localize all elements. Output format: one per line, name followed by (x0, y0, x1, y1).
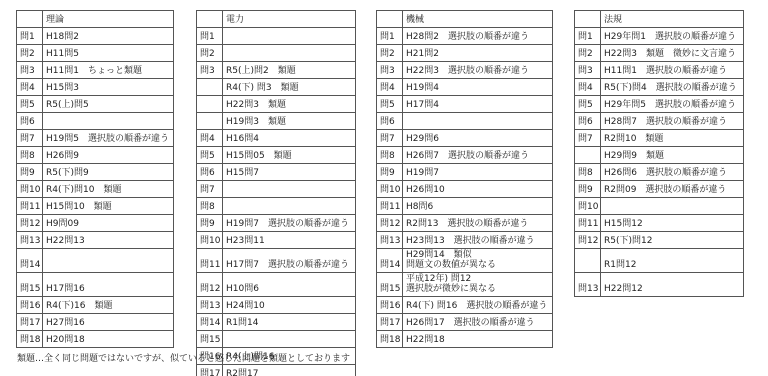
subject-header: 法規 (601, 11, 744, 28)
table-row: 問9H19問7 (377, 164, 553, 181)
question-number-cell: 問13 (17, 232, 43, 249)
question-number-cell: 問10 (575, 198, 601, 215)
past-question-cell: H19問7 選択肢の順番が違う (223, 215, 356, 232)
past-question-cell: R1問12 (601, 249, 744, 273)
question-number-cell: 問4 (197, 130, 223, 147)
table-row: 問11H15問10 類題 (17, 198, 174, 215)
question-number-cell (197, 96, 223, 113)
past-question-cell: R5(下)問12 (601, 232, 744, 249)
table-row: 問2 (197, 45, 356, 62)
table-row: 問7R2問10 類題 (575, 130, 744, 147)
question-number-cell: 問7 (575, 130, 601, 147)
question-number-cell: 問7 (377, 130, 403, 147)
table-row: 問1H28問2 選択肢の順番が違う (377, 28, 553, 45)
table-row: 問15平成12年) 問12選択肢が微妙に異なる (377, 273, 553, 297)
question-number-cell: 問5 (197, 147, 223, 164)
past-question-cell: H29問6 (403, 130, 553, 147)
table-row: 問13H24問10 (197, 297, 356, 314)
question-number-cell: 問8 (377, 147, 403, 164)
past-question-cell (223, 28, 356, 45)
past-question-cell (403, 113, 553, 130)
past-question-cell: H23問11 (223, 232, 356, 249)
question-number-cell: 問12 (575, 232, 601, 249)
question-number-cell (197, 113, 223, 130)
past-question-cell: R5(上)問2 類題 (223, 62, 356, 79)
table-row: 問1 (197, 28, 356, 45)
past-question-cell: H28問7 選択肢の順番が違う (601, 113, 744, 130)
question-number-cell: 問18 (377, 331, 403, 348)
question-number-cell: 問11 (575, 215, 601, 232)
question-number-cell: 問3 (377, 62, 403, 79)
past-question-cell: R2問10 類題 (601, 130, 744, 147)
question-number-cell: 問10 (197, 232, 223, 249)
past-question-cell: R4(下) 問16 選択肢の順番が違う (403, 297, 553, 314)
table-hoki: 法規問1H29年問1 選択肢の順番が違う問2H22問3 類題 微妙に文言違う問3… (574, 10, 744, 297)
header-blank-cell (197, 11, 223, 28)
past-question-cell (43, 249, 174, 273)
table-riron: 理論問1H18問2問2H11問5問3H11問1 ちょっと類題問4H15問3問5R… (16, 10, 174, 348)
question-number-cell: 問3 (575, 62, 601, 79)
question-number-cell: 問16 (17, 297, 43, 314)
table-row: 問3H22問3 選択肢の順番が違う (377, 62, 553, 79)
past-question-cell (223, 198, 356, 215)
question-number-cell: 問17 (377, 314, 403, 331)
question-number-cell: 問1 (377, 28, 403, 45)
table-row: 問6H15問7 (197, 164, 356, 181)
question-number-cell: 問5 (575, 96, 601, 113)
table-row: 問11H17問7 選択肢の順番が違う (197, 249, 356, 273)
past-question-cell: H21問2 (403, 45, 553, 62)
question-number-cell: 問14 (17, 249, 43, 273)
question-number-cell: 問5 (17, 96, 43, 113)
past-question-cell: R4(下)問10 類題 (43, 181, 174, 198)
table-row: H29問9 類題 (575, 147, 744, 164)
past-question-cell: H17問16 (43, 273, 174, 297)
table-row: 問13H22問13 (17, 232, 174, 249)
past-question-cell (223, 45, 356, 62)
question-number-cell: 問14 (377, 249, 403, 273)
past-question-cell: H22問13 (43, 232, 174, 249)
question-number-cell: 問4 (377, 79, 403, 96)
table-row: 問14H29問14 類似問題文の数値が異なる (377, 249, 553, 273)
table-header-row: 理論 (17, 11, 174, 28)
table-row: R1問12 (575, 249, 744, 273)
table-row: 問6 (377, 113, 553, 130)
past-question-cell: H26問6 選択肢の順番が違う (601, 164, 744, 181)
table-row: 問17H26問17 選択肢の順番が違う (377, 314, 553, 331)
past-question-cell: H11問1 選択肢の順番が違う (601, 62, 744, 79)
question-number-cell: 問6 (197, 164, 223, 181)
question-number-cell: 問18 (17, 331, 43, 348)
past-question-cell: H16問4 (223, 130, 356, 147)
table-row: 問10 (575, 198, 744, 215)
past-question-cell: H22問3 選択肢の順番が違う (403, 62, 553, 79)
question-number-cell: 問2 (575, 45, 601, 62)
past-question-cell: R1問14 (223, 314, 356, 331)
header-blank-cell (575, 11, 601, 28)
table-row: 問11H8問6 (377, 198, 553, 215)
past-question-cell: H26問10 (403, 181, 553, 198)
question-number-cell: 問7 (197, 181, 223, 198)
past-question-line-2: 選択肢が微妙に異なる (406, 284, 552, 294)
past-question-cell: H26問7 選択肢の順番が違う (403, 147, 553, 164)
past-question-cell: R2問13 選択肢の順番が違う (403, 215, 553, 232)
past-question-cell: H17問4 (403, 96, 553, 113)
table-row: 問12R5(下)問12 (575, 232, 744, 249)
table-row: 問10R4(下)問10 類題 (17, 181, 174, 198)
question-number-cell: 問15 (197, 331, 223, 348)
question-number-cell: 問12 (17, 215, 43, 232)
past-question-cell: H28問2 選択肢の順番が違う (403, 28, 553, 45)
question-number-cell: 問15 (377, 273, 403, 297)
question-number-cell: 問7 (17, 130, 43, 147)
question-number-cell: 問13 (377, 232, 403, 249)
question-number-cell: 問1 (17, 28, 43, 45)
past-question-cell: H29問9 類題 (601, 147, 744, 164)
table-denryoku: 電力問1問2問3R5(上)問2 類題R4(下) 問3 類題H22問3 類題H19… (196, 10, 356, 376)
table-row: 問8 (197, 198, 356, 215)
past-question-cell (223, 331, 356, 348)
past-question-cell: H22問12 (601, 273, 744, 297)
table-row: 問4R5(下)問4 選択肢の順番が違う (575, 79, 744, 96)
question-number-cell: 問3 (197, 62, 223, 79)
subject-header: 電力 (223, 11, 356, 28)
table-row: 問17H27問16 (17, 314, 174, 331)
past-question-cell: H29年問1 選択肢の順番が違う (601, 28, 744, 45)
past-question-cell (43, 113, 174, 130)
question-number-cell: 問10 (377, 181, 403, 198)
past-question-cell: H11問5 (43, 45, 174, 62)
past-question-cell: H22問3 類題 (223, 96, 356, 113)
table-row: 問16R4(下)16 類題 (17, 297, 174, 314)
question-number-cell: 問9 (197, 215, 223, 232)
table-row: 問18H20問18 (17, 331, 174, 348)
question-number-cell: 問10 (17, 181, 43, 198)
table-row: 問13H22問12 (575, 273, 744, 297)
table-row: 問5H15問05 類題 (197, 147, 356, 164)
question-number-cell: 問5 (377, 96, 403, 113)
table-row: 問9R2問09 選択肢の順番が違う (575, 181, 744, 198)
table-row: 問14 (17, 249, 174, 273)
question-number-cell (197, 79, 223, 96)
table-row: 問7H19問5 選択肢の順番が違う (17, 130, 174, 147)
table-row: 問5R5(上)問5 (17, 96, 174, 113)
table-row: 問12H9問09 (17, 215, 174, 232)
table-row: 問3H11問1 選択肢の順番が違う (575, 62, 744, 79)
table-row: 問18H22問18 (377, 331, 553, 348)
past-question-cell: H15問7 (223, 164, 356, 181)
past-question-cell: H10問6 (223, 273, 356, 297)
past-question-line-1: H29問14 類似 (406, 250, 552, 260)
question-number-cell: 問9 (17, 164, 43, 181)
past-question-cell: R5(上)問5 (43, 96, 174, 113)
question-number-cell: 問9 (575, 181, 601, 198)
table-row: 問3R5(上)問2 類題 (197, 62, 356, 79)
question-number-cell: 問2 (197, 45, 223, 62)
table-row: 問16R4(下) 問16 選択肢の順番が違う (377, 297, 553, 314)
question-number-cell: 問8 (17, 147, 43, 164)
table-row: 問8H26問6 選択肢の順番が違う (575, 164, 744, 181)
table-row: 問10H23問11 (197, 232, 356, 249)
question-number-cell: 問15 (17, 273, 43, 297)
question-number-cell: 問2 (17, 45, 43, 62)
past-question-cell: R5(下)問9 (43, 164, 174, 181)
table-row: 問3H11問1 ちょっと類題 (17, 62, 174, 79)
table-row: 問4H16問4 (197, 130, 356, 147)
past-question-cell: H15問12 (601, 215, 744, 232)
table-header-row: 機械 (377, 11, 553, 28)
past-question-cell: R4(下)16 類題 (43, 297, 174, 314)
past-question-cell: H29問14 類似問題文の数値が異なる (403, 249, 553, 273)
question-number-cell (575, 147, 601, 164)
question-number-cell: 問2 (377, 45, 403, 62)
table-row: 問6H28問7 選択肢の順番が違う (575, 113, 744, 130)
past-question-cell: R4(下) 問3 類題 (223, 79, 356, 96)
past-question-cell: H24問10 (223, 297, 356, 314)
past-question-cell: H27問16 (43, 314, 174, 331)
past-question-cell: H26問17 選択肢の順番が違う (403, 314, 553, 331)
question-number-cell: 問6 (377, 113, 403, 130)
table-row: 問14R1問14 (197, 314, 356, 331)
table-row: 問8H26問9 (17, 147, 174, 164)
past-question-cell: H9問09 (43, 215, 174, 232)
header-blank-cell (377, 11, 403, 28)
table-header-row: 法規 (575, 11, 744, 28)
subject-header: 理論 (43, 11, 174, 28)
table-row: 問15H17問16 (17, 273, 174, 297)
past-question-line-2: 問題文の数値が異なる (406, 260, 552, 270)
past-question-cell: H15問05 類題 (223, 147, 356, 164)
past-question-cell: H17問7 選択肢の順番が違う (223, 249, 356, 273)
table-row: 問11H15問12 (575, 215, 744, 232)
question-number-cell: 問13 (197, 297, 223, 314)
past-question-cell: H23問13 選択肢の順番が違う (403, 232, 553, 249)
table-row: R4(下) 問3 類題 (197, 79, 356, 96)
past-question-cell: H18問2 (43, 28, 174, 45)
question-number-cell: 問11 (17, 198, 43, 215)
question-number-cell: 問17 (17, 314, 43, 331)
past-question-cell: H22問18 (403, 331, 553, 348)
past-question-cell: R2問17 (223, 365, 356, 376)
question-number-cell: 問16 (377, 297, 403, 314)
table-row: H22問3 類題 (197, 96, 356, 113)
question-number-cell: 問14 (197, 314, 223, 331)
past-question-cell: H15問3 (43, 79, 174, 96)
header-blank-cell (17, 11, 43, 28)
question-number-cell: 問8 (197, 198, 223, 215)
footnote: 類題…全く同じ問題ではないですが、似ていると感じた問題を類題としております (17, 351, 350, 364)
table-row: 問5H17問4 (377, 96, 553, 113)
question-number-cell: 問6 (575, 113, 601, 130)
past-question-cell: H8問6 (403, 198, 553, 215)
past-question-cell: H20問18 (43, 331, 174, 348)
question-number-cell: 問8 (575, 164, 601, 181)
past-question-cell (601, 198, 744, 215)
table-row: 問2H22問3 類題 微妙に文言違う (575, 45, 744, 62)
question-number-cell: 問6 (17, 113, 43, 130)
past-question-cell: H15問10 類題 (43, 198, 174, 215)
question-number-cell: 問9 (377, 164, 403, 181)
past-question-cell: H19問5 選択肢の順番が違う (43, 130, 174, 147)
table-kikai: 機械問1H28問2 選択肢の順番が違う問2H21問2問3H22問3 選択肢の順番… (376, 10, 553, 348)
table-row: 問7H29問6 (377, 130, 553, 147)
past-question-line-1: 平成12年) 問12 (406, 274, 552, 284)
question-number-cell: 問3 (17, 62, 43, 79)
table-row: 問4H15問3 (17, 79, 174, 96)
table-row: 問6 (17, 113, 174, 130)
question-number-cell: 問4 (575, 79, 601, 96)
question-number-cell: 問4 (17, 79, 43, 96)
table-row: 問1H29年問1 選択肢の順番が違う (575, 28, 744, 45)
question-number-cell: 問1 (575, 28, 601, 45)
question-number-cell: 問12 (377, 215, 403, 232)
table-row: 問4H19問4 (377, 79, 553, 96)
past-question-cell: H26問9 (43, 147, 174, 164)
past-question-cell: H19問3 類題 (223, 113, 356, 130)
past-question-cell: H11問1 ちょっと類題 (43, 62, 174, 79)
past-question-cell: H19問4 (403, 79, 553, 96)
question-number-cell: 問13 (575, 273, 601, 297)
table-row: 問13H23問13 選択肢の順番が違う (377, 232, 553, 249)
table-row: 問1H18問2 (17, 28, 174, 45)
table-row: 問12R2問13 選択肢の順番が違う (377, 215, 553, 232)
table-row: 問17R2問17 (197, 365, 356, 376)
question-number-cell (575, 249, 601, 273)
table-row: 問12H10問6 (197, 273, 356, 297)
table-row: 問7 (197, 181, 356, 198)
table-header-row: 電力 (197, 11, 356, 28)
table-row: 問2H11問5 (17, 45, 174, 62)
table-row: 問2H21問2 (377, 45, 553, 62)
past-question-cell: H22問3 類題 微妙に文言違う (601, 45, 744, 62)
past-question-cell: H19問7 (403, 164, 553, 181)
question-number-cell: 問12 (197, 273, 223, 297)
table-row: H19問3 類題 (197, 113, 356, 130)
question-number-cell: 問1 (197, 28, 223, 45)
table-row: 問8H26問7 選択肢の順番が違う (377, 147, 553, 164)
question-number-cell: 問11 (197, 249, 223, 273)
table-row: 問10H26問10 (377, 181, 553, 198)
subject-header: 機械 (403, 11, 553, 28)
table-row: 問15 (197, 331, 356, 348)
table-row: 問9R5(下)問9 (17, 164, 174, 181)
table-row: 問9H19問7 選択肢の順番が違う (197, 215, 356, 232)
question-number-cell: 問11 (377, 198, 403, 215)
question-number-cell: 問17 (197, 365, 223, 376)
table-row: 問5H29年問5 選択肢の順番が違う (575, 96, 744, 113)
past-question-cell: H29年問5 選択肢の順番が違う (601, 96, 744, 113)
past-question-cell: R2問09 選択肢の順番が違う (601, 181, 744, 198)
past-question-cell: 平成12年) 問12選択肢が微妙に異なる (403, 273, 553, 297)
past-question-cell (223, 181, 356, 198)
past-question-cell: R5(下)問4 選択肢の順番が違う (601, 79, 744, 96)
